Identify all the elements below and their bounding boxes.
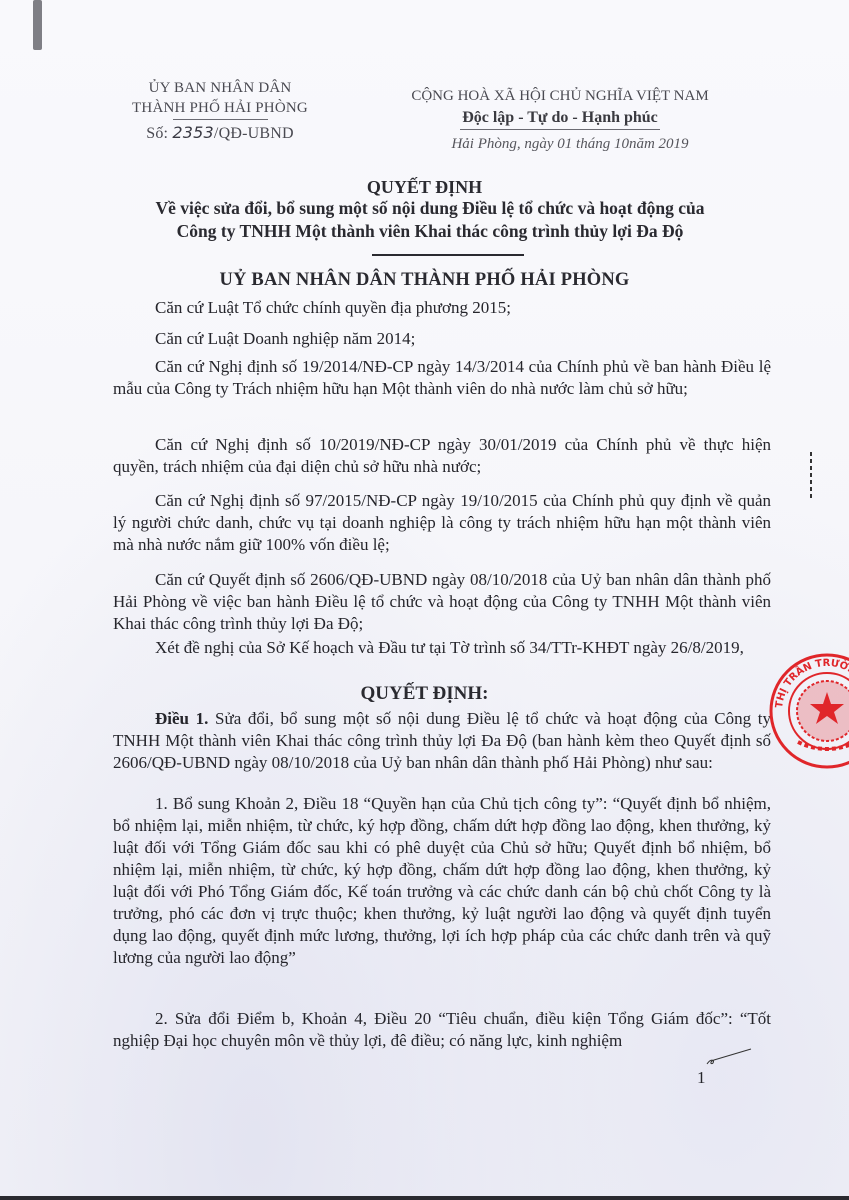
national-motto: Độc lập - Tự do - Hạnh phúc: [380, 107, 740, 128]
scan-edge-mark: [810, 452, 812, 500]
preamble-item: Căn cứ Nghị định số 10/2019/NĐ-CP ngày 3…: [113, 434, 771, 478]
preamble-item: Căn cứ Nghị định số 97/2015/NĐ-CP ngày 1…: [113, 490, 771, 556]
issuer-line2: THÀNH PHỐ HẢI PHÒNG: [105, 98, 335, 118]
preamble-item: Xét đề nghị của Sở Kế hoạch và Đầu tư tạ…: [113, 637, 771, 659]
document-subject: Về việc sửa đổi, bổ sung một số nội dung…: [100, 197, 760, 243]
article-label: Điều 1.: [155, 709, 208, 728]
issuer-line1: ỦY BAN NHÂN DÂN: [105, 78, 335, 98]
subject-underline: [372, 254, 524, 256]
handwritten-number: 2353: [172, 123, 214, 142]
document-title: QUYẾT ĐỊNH: [0, 177, 849, 198]
official-red-seal-icon: THỊ TRẤN TRƯỜNG SƠN: [768, 652, 849, 770]
handwritten-month: 10: [614, 136, 629, 152]
page-number: 1: [697, 1068, 706, 1088]
scan-bottom-edge: [0, 1196, 849, 1200]
article-text: Sửa đổi, bổ sung một số nội dung Điều lệ…: [113, 709, 771, 772]
article-1: Điều 1. Sửa đổi, bổ sung một số nội dung…: [113, 708, 771, 774]
issuing-authority: UỶ BAN NHÂN DÂN THÀNH PHỐ HẢI PHÒNG: [0, 270, 849, 291]
preamble-item: Căn cứ Luật Tổ chức chính quyền địa phươ…: [113, 297, 771, 319]
article-1-item-1: 1. Bổ sung Khoản 2, Điều 18 “Quyền hạn c…: [113, 793, 771, 969]
handwritten-day: 01: [557, 136, 572, 152]
issuer-block: ỦY BAN NHÂN DÂN THÀNH PHỐ HẢI PHÒNG Số: …: [105, 78, 335, 144]
issuer-underline: [173, 119, 268, 120]
handwritten-initial-icon: [705, 1048, 753, 1066]
preamble-item: Căn cứ Nghị định số 19/2014/NĐ-CP ngày 1…: [113, 356, 771, 400]
national-heading: CỘNG HOÀ XÃ HỘI CHỦ NGHĨA VIỆT NAM Độc l…: [380, 86, 740, 155]
document-number: Số: 2353/QĐ-UBND: [105, 123, 335, 144]
article-1-item-2: 2. Sửa đổi Điểm b, Khoản 4, Điều 20 “Tiê…: [113, 1008, 771, 1052]
scan-artifact-mark: [33, 0, 42, 50]
place-date: Hải Phòng, ngày 01 tháng 10năm 2019: [380, 134, 740, 155]
preamble-item: Căn cứ Luật Doanh nghiệp năm 2014;: [113, 328, 771, 350]
preamble-item: Căn cứ Quyết định số 2606/QĐ-UBND ngày 0…: [113, 569, 771, 635]
decision-heading: QUYẾT ĐỊNH:: [0, 683, 849, 705]
scanned-page: ỦY BAN NHÂN DÂN THÀNH PHỐ HẢI PHÒNG Số: …: [0, 0, 849, 1200]
motto-underline: [460, 129, 660, 130]
nation-name: CỘNG HOÀ XÃ HỘI CHỦ NGHĨA VIỆT NAM: [380, 86, 740, 107]
